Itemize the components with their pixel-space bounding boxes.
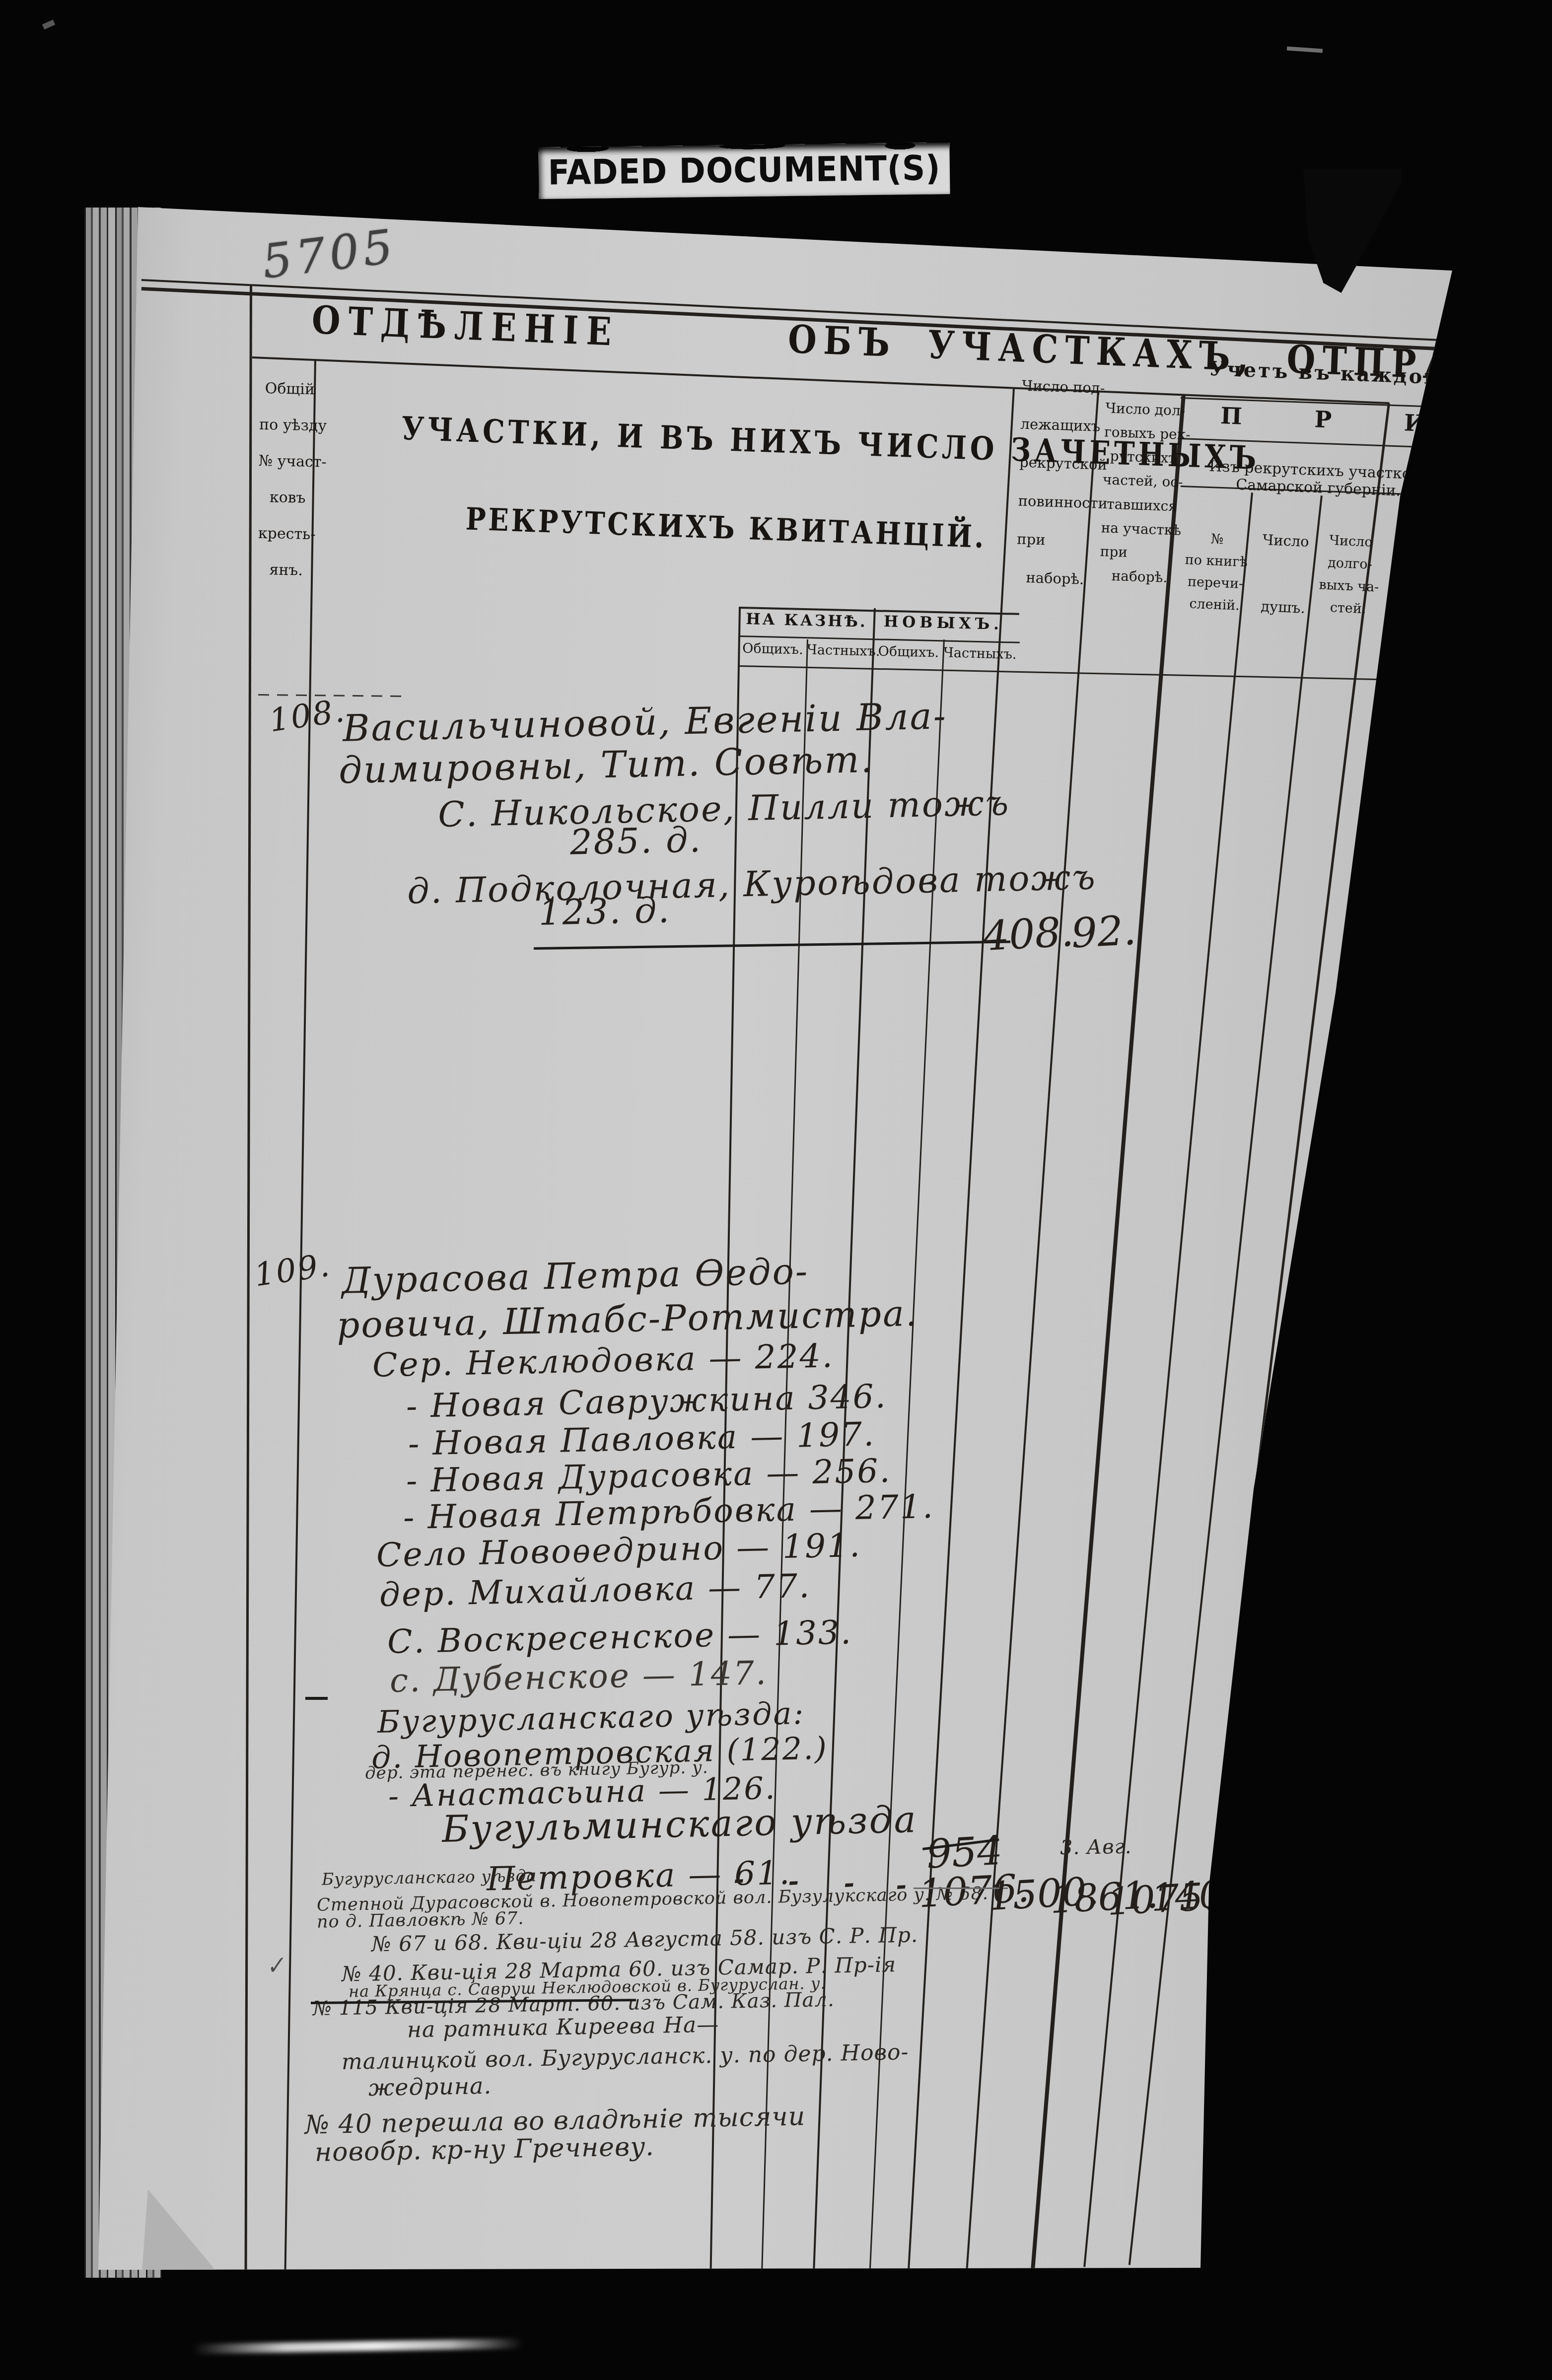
header-line: наборѣ.: [1015, 568, 1094, 588]
record-109-note: жедрина.: [368, 2072, 492, 2101]
header-line: на участкѣ: [1101, 519, 1182, 539]
table-vline-dolgov-left: [966, 391, 1099, 2271]
record-109-line: с. Дубенское — 147.: [389, 1654, 768, 1700]
record-109-line: Дурасова Петра Ѳедо-: [341, 1250, 809, 1302]
subheader-novykh: НОВЫХЪ.: [876, 613, 1011, 634]
table-vline-left-border: [245, 285, 252, 2276]
header-line: стей.: [1313, 596, 1383, 621]
record-109-dolg-chastej-value: 1406.: [1150, 1872, 1231, 1920]
header-line: долго-: [1315, 551, 1385, 576]
record-108-number: 108.: [267, 693, 348, 740]
header-line: по книгѣ: [1182, 549, 1250, 573]
faded-document-stamp: FADED DOCUMENT(S): [538, 142, 950, 199]
column-header-dolgovykh: Число дол- говыхъ рек- рутскихъ частей, …: [1099, 400, 1186, 586]
record-109-note: Бугурусланскаго уѣзда: [322, 1866, 537, 1889]
header-line: Число под-: [1022, 377, 1101, 397]
uchet-pri: П Р И: [1201, 402, 1445, 438]
header-line: по уѣзду: [259, 416, 319, 435]
main-header-line2: РЕКРУТСКИХЪ КВИТАНЦІЙ.: [398, 498, 1054, 558]
uchet-iz: Изъ рекрутскихъ участковъ Самарской губе…: [1185, 457, 1452, 501]
subheader-obshchikh-2: Общихъ.: [875, 643, 943, 660]
record-109-note: по д. Павловкѣ № 67.: [317, 1908, 524, 1932]
record-109-line: С. Воскресенское — 133.: [387, 1613, 852, 1661]
record-109-dash: -: [723, 1863, 754, 1895]
record-108-line: 123. д.: [538, 890, 671, 933]
dust-mark: [42, 20, 55, 30]
header-line: выхъ ча-: [1314, 573, 1384, 599]
header-line: перечи-: [1182, 571, 1250, 595]
record-109-kniga-note: 3. Авг.: [1060, 1835, 1132, 1860]
pencil-folio-number: 5705: [259, 219, 399, 289]
record-109-note: талинцкой вол. Бугурусланск. у. по дер. …: [342, 2039, 909, 2075]
header-line: Число дол-: [1105, 400, 1186, 419]
header-line: рутскихъ: [1103, 448, 1184, 467]
column-header-dush: Число душъ.: [1251, 531, 1319, 617]
record-108-rule-stroke: [534, 941, 1010, 950]
subheader-chastnykh-2: Частныхъ.: [943, 645, 1012, 662]
header-line: ковъ: [258, 489, 318, 507]
column-header-main: УЧАСТКИ, И ВЪ НИХЪ ЧИСЛО ЗАЧЕТНЫХЪ РЕКРУ…: [398, 412, 1058, 555]
main-header-line1: УЧАСТКИ, И ВЪ НИХЪ ЧИСЛО ЗАЧЕТНЫХЪ: [401, 410, 1058, 470]
header-line: при: [1100, 543, 1181, 562]
header-line: повинности: [1018, 492, 1097, 511]
record-109-margin-check: ✓: [264, 1951, 287, 1980]
document-page: 5705 ОТДѢЛЕНІЕ ОБЪ УЧАСТКАХЪ, ОТПРАВ Общ…: [94, 204, 1457, 2276]
ink-dot: [1263, 2070, 1273, 2077]
header-line: Число: [1316, 529, 1386, 554]
column-header-dolg-chastej: Число долго- выхъ ча- стей.: [1313, 529, 1386, 621]
header-line: рекрутской: [1019, 454, 1098, 473]
record-109-dash: -: [833, 1867, 864, 1899]
header-line: № участ-: [258, 452, 318, 471]
header-bottom-line: [738, 665, 1389, 680]
header-line: душъ.: [1251, 597, 1316, 617]
table-vline-dush-left: [1083, 492, 1253, 2267]
record-108-line: 285. д.: [569, 819, 702, 863]
record-108-line: д. Подколочная, Куроѣдова тожъ: [407, 856, 1097, 911]
subheader-chastnykh-1: Частныхъ.: [807, 642, 873, 659]
header-line: тавшихся: [1102, 495, 1183, 515]
record-109-line: дер. Михайловка — 77.: [379, 1567, 811, 1614]
subheader-obshchikh-1: Общихъ.: [740, 640, 806, 657]
section-title-left: ОТДѢЛЕНІЕ: [311, 297, 620, 355]
faded-document-stamp-text: FADED DOCUMENT(S): [548, 148, 941, 193]
header-line: сленій.: [1181, 593, 1249, 617]
subheader-kazna: НА КАЗНѢ.: [741, 610, 873, 631]
record-108-line: С. Никольское, Пилли тожъ: [437, 782, 1010, 835]
table-vline-no-col: [284, 360, 316, 2276]
record-109-number: 109.: [252, 1247, 333, 1294]
column-header-uchastok-no: Общій по уѣзду № участ- ковъ кресть- янъ…: [256, 380, 320, 579]
ink-dot: [1267, 1934, 1275, 1940]
record-108-dolgovykh-value: 92.: [1065, 907, 1142, 958]
scan-streak: [193, 2338, 523, 2354]
header-line: лежащихъ: [1020, 416, 1099, 435]
page-corner-fold: [142, 2189, 216, 2271]
header-line: Общій: [260, 380, 320, 399]
table-vline-uchet-left-thick: [1031, 395, 1186, 2270]
column-header-kniga: № по книгѣ перечи- сленій.: [1181, 527, 1251, 617]
header-line: говыхъ рек-: [1104, 423, 1185, 443]
scanned-archival-page: { "colors": { "background": "#050505", "…: [0, 0, 1552, 2380]
header-line: кресть-: [257, 525, 317, 544]
record-109-dash: -: [777, 1865, 809, 1897]
record-109-dash: -: [885, 1869, 917, 1901]
header-line: при: [1017, 530, 1096, 550]
header-line: частей, ос-: [1102, 472, 1183, 491]
column-header-podlezhashchikh: Число под- лежащихъ рекрутской повинност…: [1015, 377, 1100, 588]
record-109-heading-dash: [305, 1697, 328, 1700]
dust-mark: [1287, 46, 1323, 53]
header-line: наборѣ.: [1099, 567, 1180, 586]
header-line: Число: [1253, 531, 1318, 550]
record-109-note: на ратника Киреева На—: [407, 2012, 719, 2043]
record-109-note: новобр. кр-ну Гречневу.: [315, 2132, 655, 2168]
header-line: №: [1183, 527, 1251, 552]
record-108-podlezhashchikh-value: 408.: [982, 909, 1066, 961]
header-line: янъ.: [256, 561, 316, 580]
